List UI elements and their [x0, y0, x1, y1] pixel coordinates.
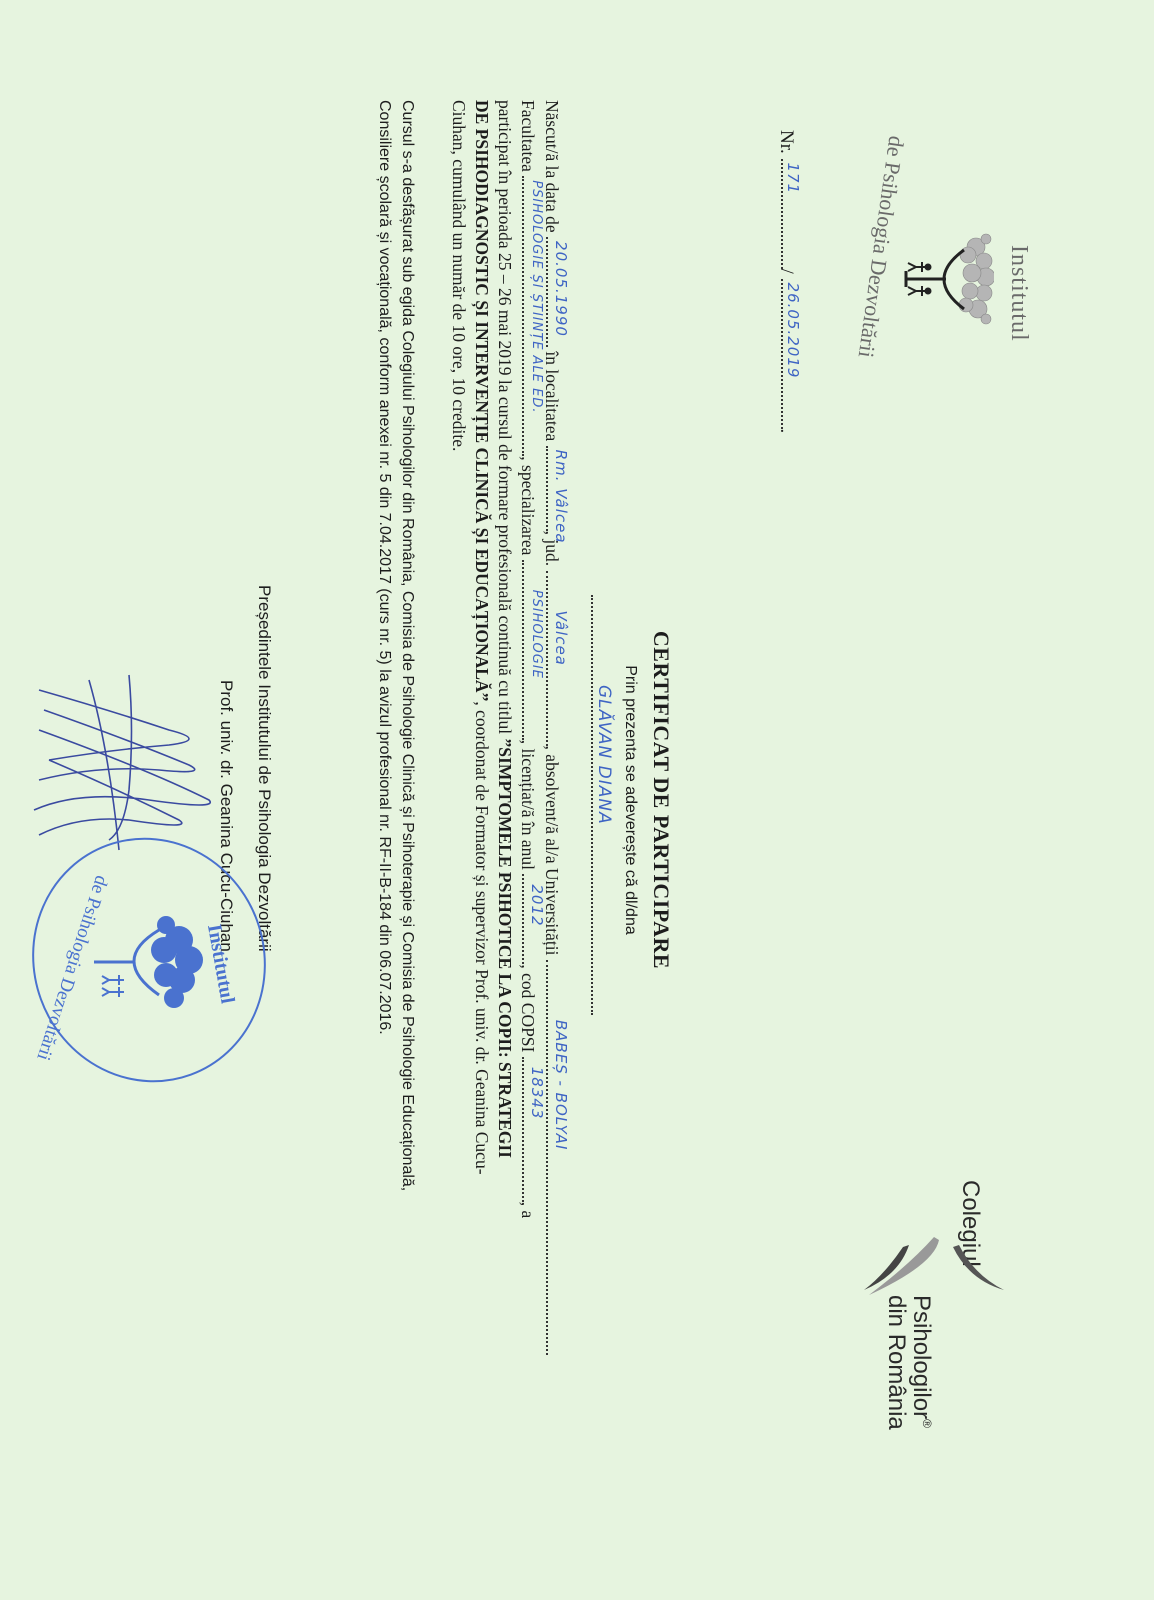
nr-separator: / [776, 269, 797, 274]
body-line-2: Facultatea PSIHOLOGIE ȘI ȘTIINȚE ALE ED.… [516, 100, 540, 1500]
nr-label: Nr. [776, 130, 797, 154]
birth-date: 20.05.1990 [549, 241, 572, 337]
registration-number: Nr. 171 / 26.05.2019 . [775, 130, 799, 433]
specialization-label: , specializarea [518, 456, 538, 555]
faculty-label: Facultatea [518, 100, 538, 172]
locality: Rm. Vâlcea [549, 450, 572, 544]
certificate-body: Născut/ă la data de 20.05.1990 în locali… [447, 100, 564, 1500]
body-line-3: participat în perioada 25 – 26 mai 2019 … [493, 100, 516, 1500]
date-field: 26.05.2019 [781, 279, 799, 429]
county: Vâlcea [549, 611, 572, 666]
county-field: Vâlcea [546, 571, 564, 746]
certificate-title: CERTIFICAT DE PARTICIPARE [648, 0, 674, 1600]
university: BABEȘ - BOLYAI [549, 1020, 572, 1151]
college-logo-line3: din România [883, 1295, 910, 1430]
course-title-part2: DE PSIHODIAGNOSTIC ȘI INTERVENȚIE CLINIC… [472, 100, 492, 701]
certificate-subtitle: Prin prezenta se adeverește că dl/dna [621, 0, 639, 1600]
coordinated-text2: Ciuhan, cumulând un număr de 10 ore, 10 … [449, 100, 469, 451]
university-field: BABEȘ - BOLYAI [546, 960, 564, 1355]
egida-line2: Consiliere școlară și vocațională, confo… [373, 100, 396, 1500]
body-line-4: DE PSIHODIAGNOSTIC ȘI INTERVENȚIE CLINIC… [470, 100, 493, 1500]
license-year: 2012 [525, 884, 548, 926]
course-title-part1: ”SIMPTOMELE PSIHOTICE LA COPII: STRATEGI… [495, 739, 515, 1158]
licensed-label: , licențiat/ă în anul [518, 740, 538, 870]
egida-paragraph: Cursul s-a desfășurat sub egida Colegiul… [373, 100, 419, 1500]
certificate-page: Institutul de Psihologia Dezvoltării Col… [0, 0, 1154, 1600]
coordinated-text: , coordonat de Formator și supervizor Pr… [472, 701, 492, 1174]
faculty-field: PSIHOLOGIE ȘI ȘTIINȚE ALE ED. [522, 176, 540, 456]
locality-field: Rm. Vâlcea [546, 446, 564, 531]
faculty: PSIHOLOGIE ȘI ȘTIINȚE ALE ED. [525, 180, 548, 413]
copsi-label: , cod COPSI [518, 964, 538, 1052]
institute-logo-line1: Institutul [1005, 245, 1032, 342]
specialization-field: PSIHOLOGIE [522, 560, 540, 740]
participant-name: GLĂVAN DIANA [594, 685, 614, 825]
participated-a: , a [518, 1202, 538, 1219]
specialization: PSIHOLOGIE [525, 590, 548, 679]
stamp-line2: de Psihologia Dezvoltării [32, 873, 112, 1063]
egida-line1: Cursul s-a desfășurat sub egida Colegiul… [396, 100, 419, 1500]
participated-text: participat în perioada 25 – 26 mai 2019 … [495, 100, 515, 734]
date-value: 26.05.2019 [784, 283, 802, 379]
body-line-5: Ciuhan, cumulând un număr de 10 ore, 10 … [447, 100, 470, 1500]
copsi-code: 18343 [525, 1067, 548, 1120]
institute-stamp: Institutul de Psihologia Dezvoltării [24, 830, 274, 1090]
registered-mark: ® [920, 1419, 934, 1428]
stamp-line1: Institutul [203, 923, 239, 1006]
participant-name-line: GLĂVAN DIANA [586, 595, 609, 1015]
birth-date-field: 20.05.1990 [546, 237, 564, 347]
copsi-field: 18343 [522, 1057, 540, 1202]
nr-field: 171 [781, 159, 799, 269]
college-logo-line2: Psihologilor [908, 1295, 935, 1419]
college-logo-name: Psihologilor® din România [884, 1295, 934, 1430]
nr-value: 171 [784, 163, 802, 195]
license-year-field: 2012 [522, 874, 540, 964]
participant-name-field: GLĂVAN DIANA [591, 595, 609, 1015]
college-logo: Colegiul Psihologilor® din România [804, 1180, 1004, 1470]
tree-family-icon [894, 225, 994, 335]
institute-logo: Institutul de Psihologia Dezvoltării [834, 120, 1034, 430]
